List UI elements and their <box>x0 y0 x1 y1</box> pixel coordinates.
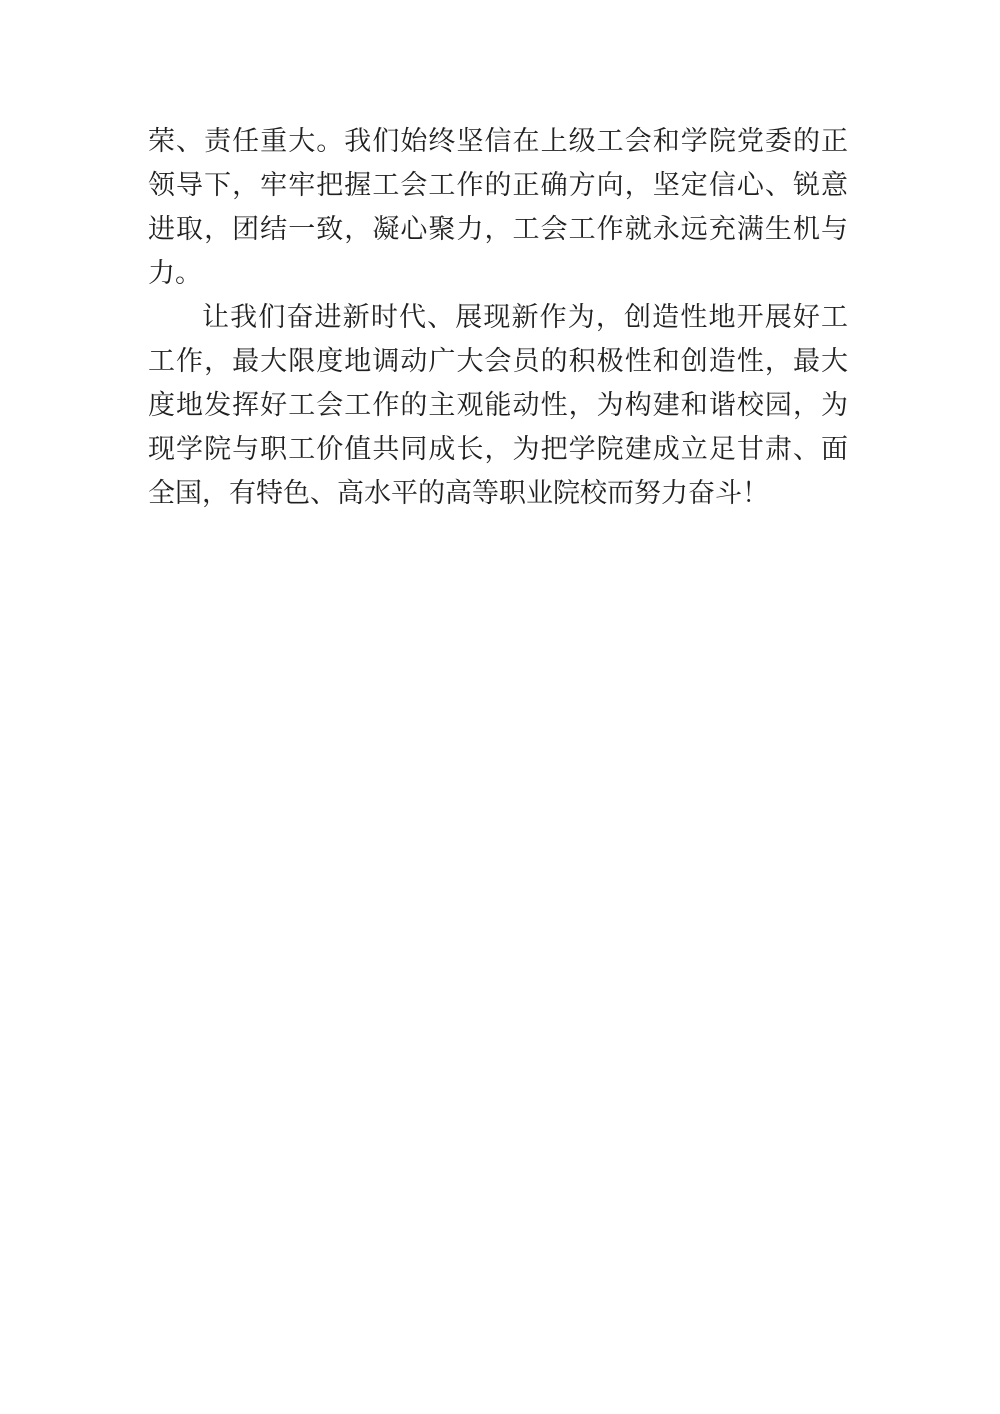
text-line: 现学院与职工价值共同成长，为把学院建成立足甘肃、面向 <box>148 427 848 471</box>
paragraph-closing: 让我们奋进新时代、展现新作为，创造性地开展好工会工作，最大限度地调动广大会员的积… <box>148 295 848 515</box>
document-text-block: 荣、责任重大。我们始终坚信在上级工会和学院党委的正确领导下，牢牢把握工会工作的正… <box>148 119 848 515</box>
text-line: 力。 <box>148 251 848 295</box>
text-line: 让我们奋进新时代、展现新作为，创造性地开展好工会 <box>148 295 848 339</box>
paragraph-continuation: 荣、责任重大。我们始终坚信在上级工会和学院党委的正确领导下，牢牢把握工会工作的正… <box>148 119 848 295</box>
text-line: 领导下，牢牢把握工会工作的正确方向，坚定信心、锐意 <box>148 163 848 207</box>
text-line: 全国，有特色、高水平的高等职业院校而努力奋斗！ <box>148 471 848 515</box>
text-line: 工作，最大限度地调动广大会员的积极性和创造性，最大限 <box>148 339 848 383</box>
text-line: 进取，团结一致，凝心聚力，工会工作就永远充满生机与活 <box>148 207 848 251</box>
text-line: 荣、责任重大。我们始终坚信在上级工会和学院党委的正确 <box>148 119 848 163</box>
document-page: 荣、责任重大。我们始终坚信在上级工会和学院党委的正确领导下，牢牢把握工会工作的正… <box>0 0 1000 1414</box>
text-line: 度地发挥好工会工作的主观能动性，为构建和谐校园，为实 <box>148 383 848 427</box>
